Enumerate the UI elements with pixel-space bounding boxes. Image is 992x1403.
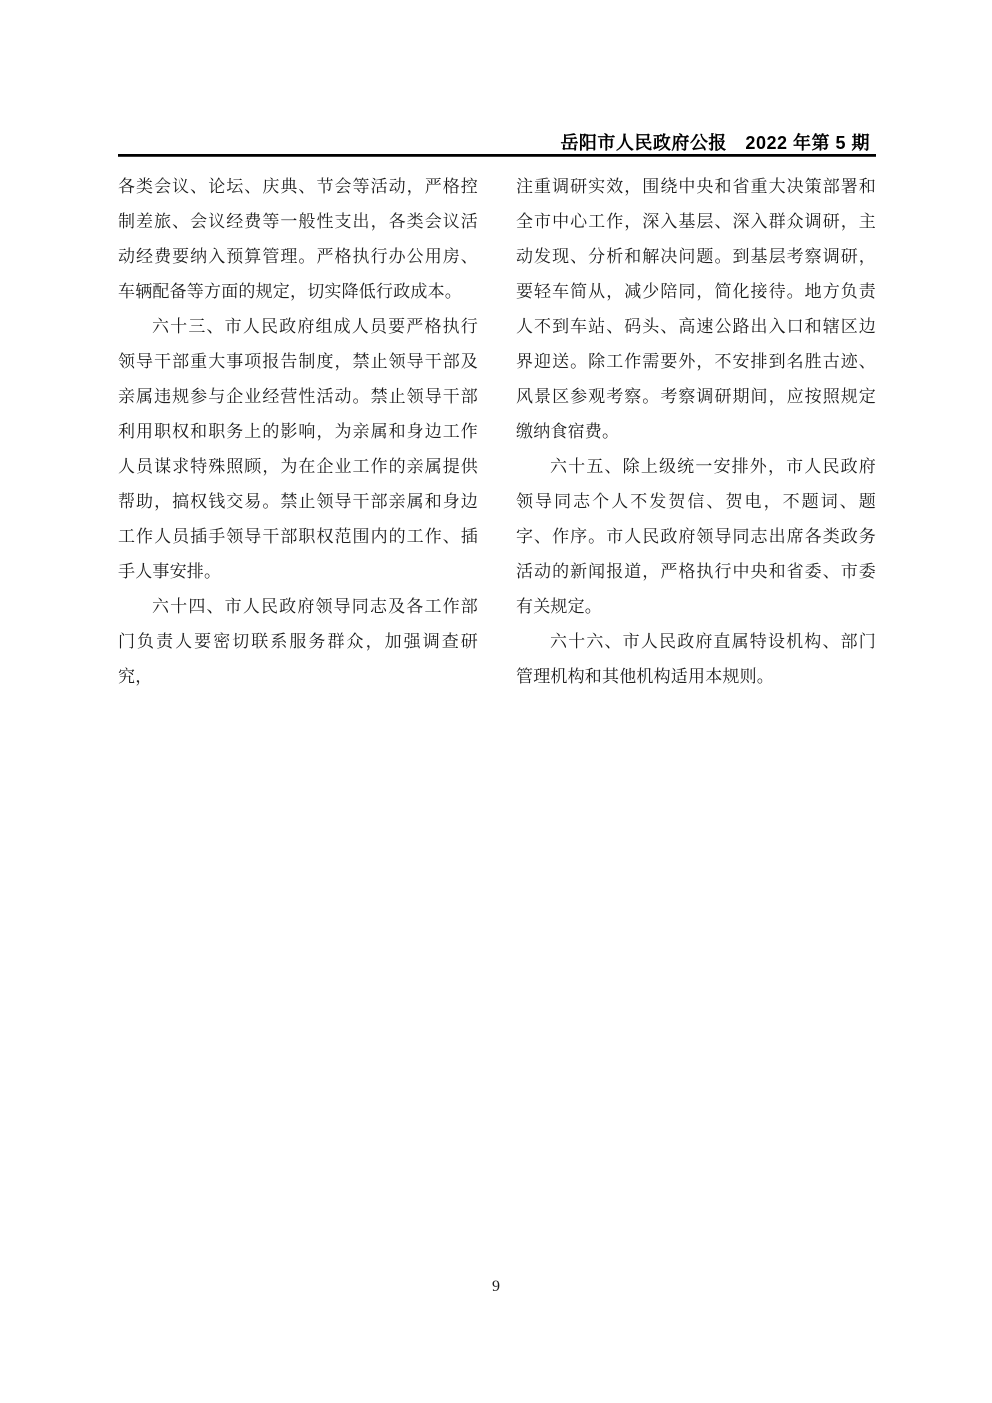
paragraph-article-66: 六十六、市人民政府直属特设机构、部门管理机构和其他机构适用本规则。	[516, 624, 876, 694]
right-column: 注重调研实效，围绕中央和省重大决策部署和全市中心工作，深入基层、深入群众调研，主…	[516, 169, 876, 694]
paragraph-article-64: 六十四、市人民政府领导同志及各工作部门负责人要密切联系服务群众，加强调查研究，	[118, 589, 478, 694]
gazette-page: 岳阳市人民政府公报 2022 年第 5 期 各类会议、论坛、庆典、节会等活动，严…	[0, 0, 992, 1403]
page-body: 各类会议、论坛、庆典、节会等活动，严格控制差旅、会议经费等一般性支出，各类会议活…	[118, 169, 876, 694]
paragraph-article-65: 六十五、除上级统一安排外，市人民政府领导同志个人不发贺信、贺电，不题词、题字、作…	[516, 449, 876, 624]
page-number: 9	[0, 1278, 992, 1296]
paragraph-continuation: 各类会议、论坛、庆典、节会等活动，严格控制差旅、会议经费等一般性支出，各类会议活…	[118, 169, 478, 309]
paragraph-article-63: 六十三、市人民政府组成人员要严格执行领导干部重大事项报告制度，禁止领导干部及亲属…	[118, 309, 478, 589]
header-title: 岳阳市人民政府公报 2022 年第 5 期	[560, 129, 870, 155]
left-column: 各类会议、论坛、庆典、节会等活动，严格控制差旅、会议经费等一般性支出，各类会议活…	[118, 169, 478, 694]
paragraph-article-64-continuation: 注重调研实效，围绕中央和省重大决策部署和全市中心工作，深入基层、深入群众调研，主…	[516, 169, 876, 449]
header-rule	[118, 154, 876, 157]
